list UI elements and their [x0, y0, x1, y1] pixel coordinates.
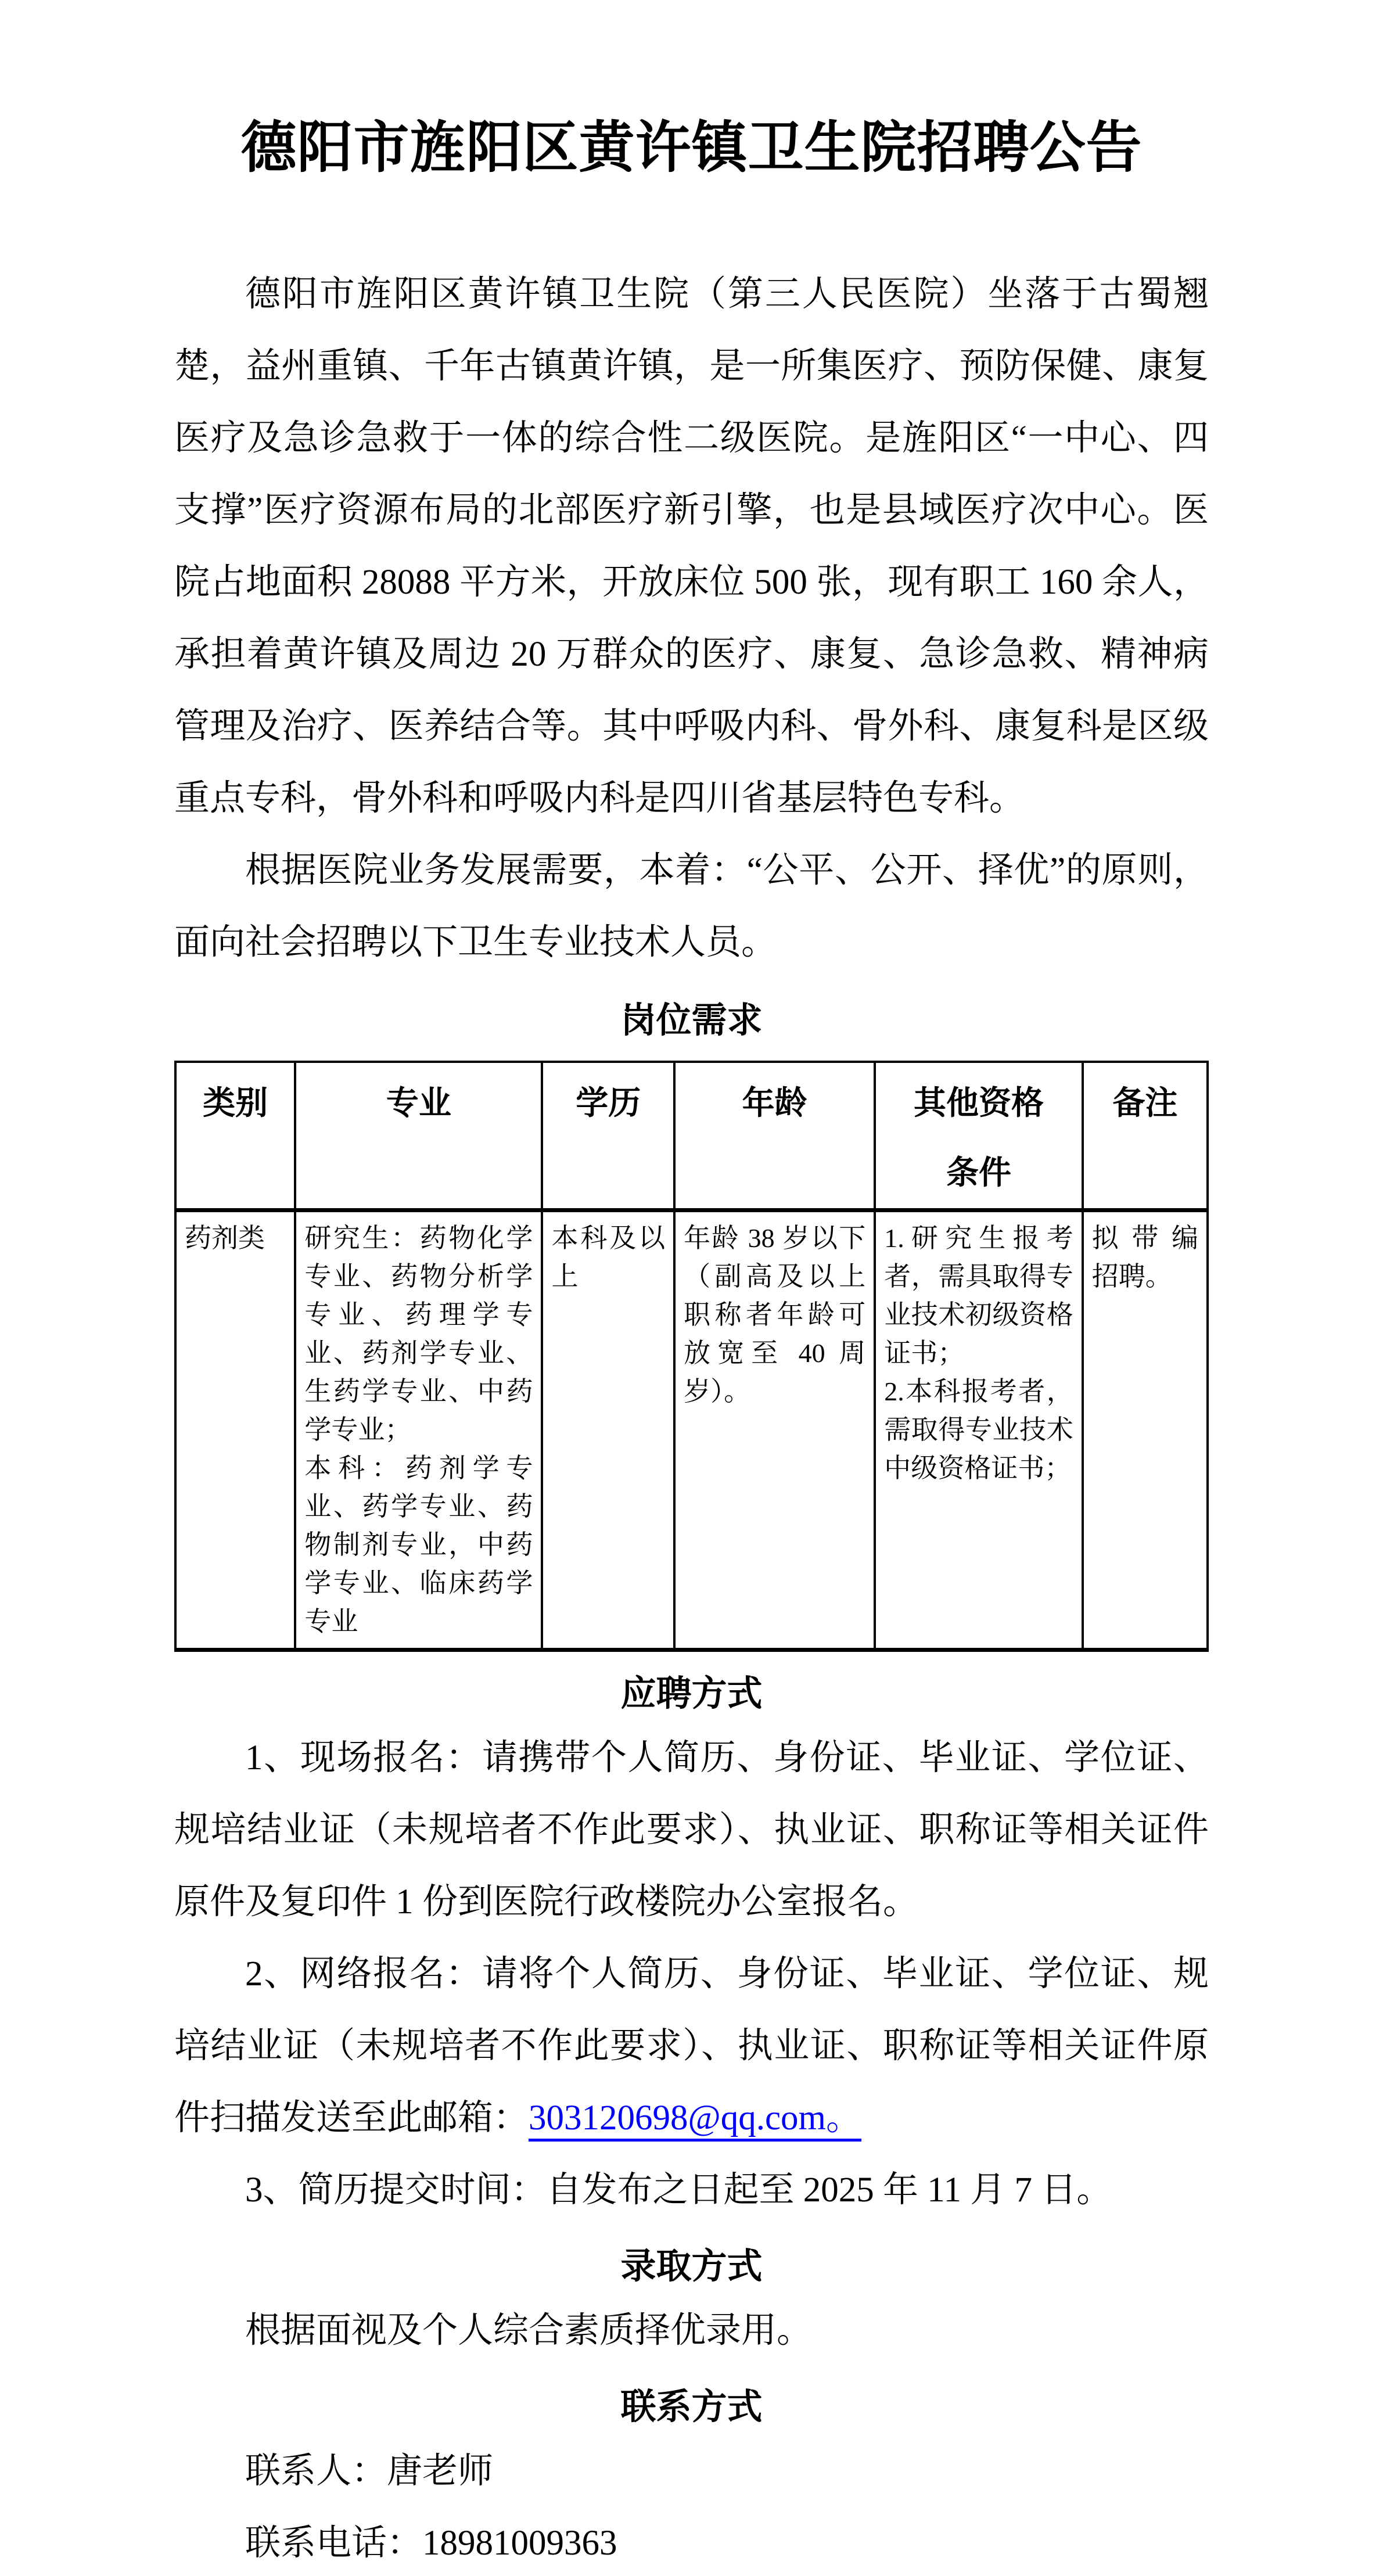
job-requirements-table: 类别 专业 学历 年龄 其他资格 条件 备注 药剂类 研究生：药物化学专业、药物…: [174, 1061, 1209, 1652]
intro-paragraph-2: 根据医院业务发展需要，本着：“公平、公开、择优”的原则，面向社会招聘以下卫生专业…: [174, 835, 1209, 979]
section-heading-admission: 录取方式: [174, 2239, 1209, 2295]
cell-qualifications: 1.研究生报考者，需具取得专业技术初级资格证书； 2.本科报考者，需取得专业技术…: [875, 1210, 1083, 1650]
apply-item-2: 2、网络报名：请将个人简历、身份证、毕业证、学位证、规培结业证（未规培者不作此要…: [174, 1938, 1209, 2154]
admission-text: 根据面视及个人综合素质择优录用。: [174, 2295, 1209, 2367]
table-row: 药剂类 研究生：药物化学专业、药物分析学专业、药理学专业、药剂学专业、生药学专业…: [175, 1210, 1208, 1650]
intro-paragraph-1: 德阳市旌阳区黄许镇卫生院（第三人民医院）坐落于古蜀翘楚，益州重镇、千年古镇黄许镇…: [174, 258, 1209, 835]
section-heading-apply: 应聘方式: [174, 1666, 1209, 1722]
cell-note: 拟带编招聘。: [1083, 1210, 1208, 1650]
column-header-age: 年龄: [674, 1062, 875, 1210]
section-heading-contact: 联系方式: [174, 2380, 1209, 2435]
section-heading-job-requirements: 岗位需求: [174, 993, 1209, 1049]
document-page: 德阳市旌阳区黄许镇卫生院招聘公告 德阳市旌阳区黄许镇卫生院（第三人民医院）坐落于…: [0, 0, 1383, 2576]
apply-item-1: 1、现场报名：请携带个人简历、身份证、毕业证、学位证、规培结业证（未规培者不作此…: [174, 1722, 1209, 1938]
cell-age: 年龄 38 岁以下（副高及以上职称者年龄可放宽至 40 周岁）。: [674, 1210, 875, 1650]
page-title: 德阳市旌阳区黄许镇卫生院招聘公告: [174, 110, 1209, 186]
email-link[interactable]: 303120698@qq.com。: [529, 2099, 861, 2137]
column-header-note: 备注: [1083, 1062, 1208, 1210]
table-header-row: 类别 专业 学历 年龄 其他资格 条件 备注: [175, 1062, 1208, 1210]
contact-phone: 联系电话：18981009363: [174, 2507, 1209, 2576]
cell-education: 本科及以上: [542, 1210, 674, 1650]
column-header-category: 类别: [175, 1062, 295, 1210]
column-header-major: 专业: [295, 1062, 542, 1210]
apply-item-3: 3、简历提交时间：自发布之日起至 2025 年 11 月 7 日。: [174, 2154, 1209, 2226]
contact-person: 联系人：唐老师: [174, 2435, 1209, 2507]
cell-major: 研究生：药物化学专业、药物分析学专业、药理学专业、药剂学专业、生药学专业、中药学…: [295, 1210, 542, 1650]
cell-category: 药剂类: [175, 1210, 295, 1650]
column-header-qualifications: 其他资格 条件: [875, 1062, 1083, 1210]
column-header-education: 学历: [542, 1062, 674, 1210]
